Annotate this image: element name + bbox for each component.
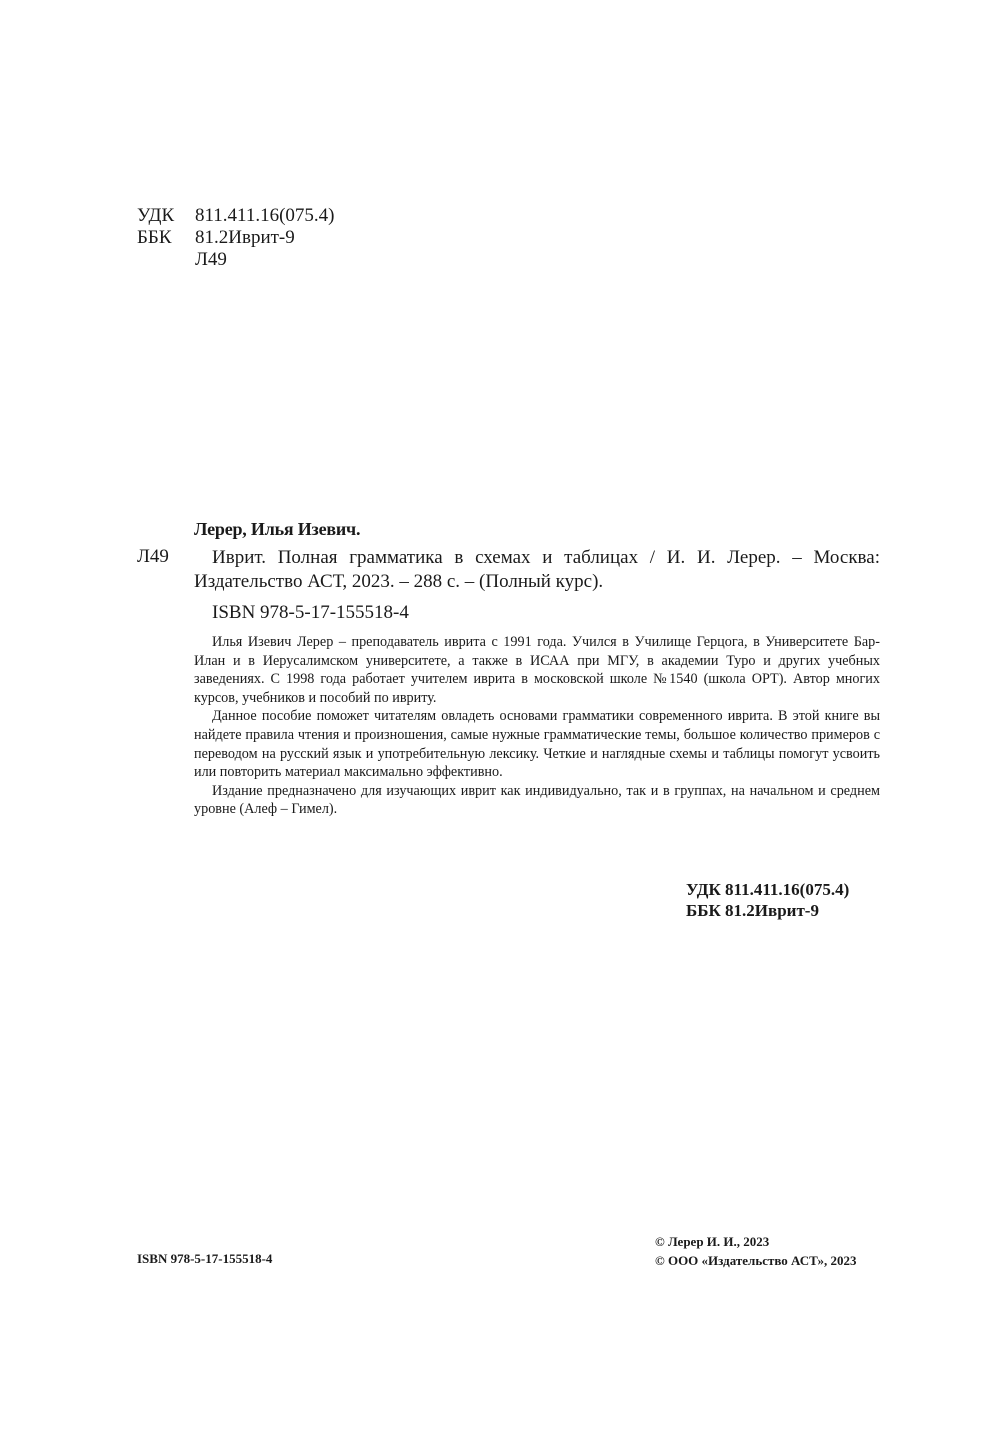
- bbk-label: ББК: [137, 227, 195, 249]
- bbk-bold: ББК 81.2Иврит-9: [686, 900, 849, 921]
- author-mark: Л49: [195, 249, 227, 271]
- udk-row: УДК 811.411.16(075.4): [137, 205, 335, 227]
- copyright-block: © Лерер И. И., 2023 © ООО «Издательство …: [655, 1232, 857, 1270]
- udk-value: 811.411.16(075.4): [195, 205, 335, 227]
- copyright-publisher: © ООО «Издательство АСТ», 2023: [655, 1251, 857, 1270]
- bibliographic-title: Иврит. Полная грамматика в схемах и табл…: [194, 546, 880, 594]
- classification-codes-bold: УДК 811.411.16(075.4) ББК 81.2Иврит-9: [686, 879, 849, 921]
- bbk-value: 81.2Иврит-9: [195, 227, 295, 249]
- footer-isbn: ISBN 978-5-17-155518-4: [137, 1251, 272, 1267]
- record-isbn: ISBN 978-5-17-155518-4: [212, 602, 409, 624]
- bbk-row: ББК 81.2Иврит-9: [137, 227, 335, 249]
- classification-codes: УДК 811.411.16(075.4) ББК 81.2Иврит-9 Л4…: [137, 205, 335, 271]
- author-heading: Лерер, Илья Изевич.: [194, 519, 360, 540]
- annotation: Илья Изевич Лерер – преподаватель иврита…: [194, 633, 880, 819]
- record-code: Л49: [137, 546, 169, 568]
- annotation-paragraph: Данное пособие поможет читателям овладет…: [194, 707, 880, 781]
- title-text: Иврит. Полная грамматика в схемах и табл…: [194, 547, 880, 592]
- copyright-author: © Лерер И. И., 2023: [655, 1232, 857, 1251]
- udk-label: УДК: [137, 205, 195, 227]
- annotation-paragraph: Илья Изевич Лерер – преподаватель иврита…: [194, 633, 880, 707]
- udk-bold: УДК 811.411.16(075.4): [686, 879, 849, 900]
- author-mark-row: Л49: [137, 249, 335, 271]
- annotation-paragraph: Издание предназначено для изучающих иври…: [194, 782, 880, 819]
